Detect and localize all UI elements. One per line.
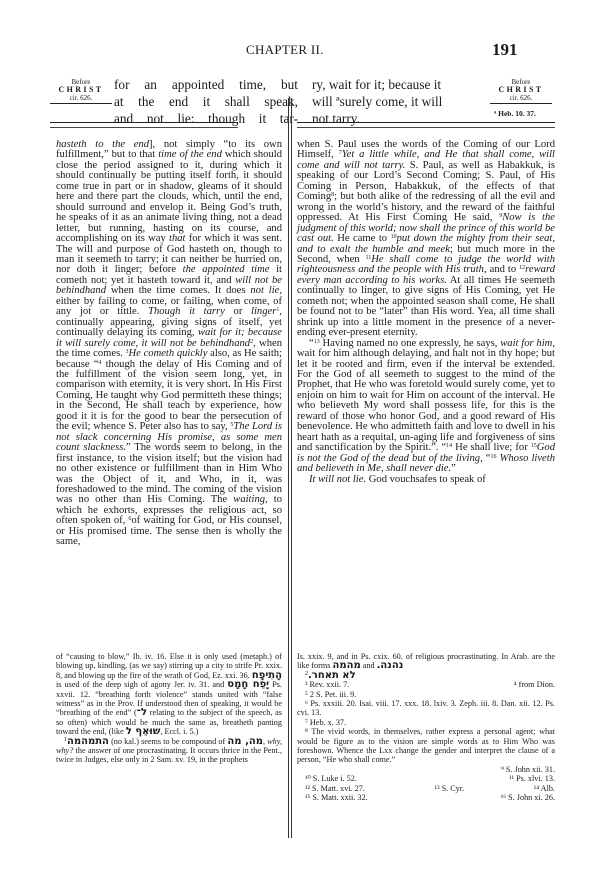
text: Having named no one expressly, he says,: [320, 338, 501, 349]
footnote: ¹⁴ Alb.: [534, 784, 555, 793]
section-rule-left: [50, 122, 238, 128]
text: (no kal.) seems to be compound of: [109, 737, 227, 746]
footnotes-right: Is. xxix. 9, and in Ps. cxix. 60. of rel…: [297, 652, 555, 803]
hebrew-text: שוּאֵף ל: [126, 726, 161, 737]
text: which should close the period assigned t…: [56, 149, 282, 244]
text: and: [361, 661, 377, 670]
hebrew-text: יָפֵח חָמָס: [227, 679, 269, 690]
footnote: 1התמהמה (no kal.) seems to be compound o…: [56, 737, 282, 765]
text: , wait for him although delaying, and ha…: [297, 338, 555, 454]
footnote-row: ¹⁵ S. Matt. xxii. 32. ¹⁶ S. John xi. 26.: [297, 793, 555, 802]
italic-text: the appointed time: [183, 264, 270, 275]
commentary-right-column: when S. Paul uses the words of the Comin…: [297, 140, 555, 485]
text: At all times He seemeth continually to l…: [297, 275, 555, 338]
italic-text: It will not lie.: [309, 474, 366, 485]
footnote: ⁷ Heb. x. 37.: [297, 718, 555, 727]
text: the answer of one procrastinating. It oc…: [56, 746, 282, 764]
hebrew-text: נהנה.: [377, 660, 404, 671]
footnote-row: ¹² S. Matt. xvi. 27. ¹³ S. Cyr. ¹⁴ Alb.: [297, 784, 555, 793]
footnote: ¹⁶ S. John xi. 26.: [501, 793, 555, 802]
commentary-left-column: hasteth to the end], not simply “to its …: [56, 140, 282, 548]
chapter-title: CHAPTER II.: [246, 42, 324, 58]
dating-cir: cir. 626.: [490, 94, 552, 104]
verse-text-left: for an appointed time, but at the end it…: [114, 76, 298, 127]
hebrew-text: התמהמה: [67, 736, 109, 747]
section-rule-right: [297, 122, 555, 128]
italic-text: linger: [251, 306, 276, 317]
text: God vouchsafes to speak of: [366, 474, 486, 485]
text: is used of the deep sigh of agony Jer. i…: [56, 680, 227, 689]
text: “: [483, 453, 491, 464]
hebrew-text: ל־: [137, 707, 147, 718]
footnote: ¹³ S. Cyr.: [435, 784, 464, 793]
column-divider: [288, 98, 292, 838]
italic-text: He cometh quickly: [129, 348, 208, 359]
verse-line: ry, wait for it; because it: [312, 76, 488, 93]
italic-text: waiting: [233, 494, 265, 505]
italic-text: Though it tarry: [148, 306, 225, 317]
footnote: ⁴ from Dion.: [514, 680, 555, 689]
footnote: Is. xxix. 9, and in Ps. cxix. 60. of rel…: [297, 652, 555, 671]
text: He shall live; for: [452, 442, 531, 453]
text: He came to: [334, 233, 391, 244]
dating-margin-right: Before CHRIST cir. 626.: [490, 78, 552, 104]
footnote: ⁶ Ps. xxxiii. 20. Isai. viii. 17. xxx. 1…: [297, 699, 555, 718]
italic-text: wait for him: [500, 338, 552, 349]
dating-christ: CHRIST: [490, 86, 552, 94]
verse-line: for an appointed time, but: [114, 76, 298, 93]
text: or: [225, 306, 251, 317]
footnote: ¹⁰ S. Luke i. 52.: [305, 774, 357, 783]
footnote: of “causing to blow,” Ib. iv. 16. Else i…: [56, 652, 282, 737]
dating-christ: CHRIST: [50, 86, 112, 94]
footnote: 2לא תאחר.: [297, 671, 555, 680]
dating-margin-left: Before CHRIST cir. 626.: [50, 78, 112, 104]
hebrew-text: לא תאחר.: [308, 670, 356, 681]
footnote: ¹¹ Ps. xlvi. 13.: [509, 774, 555, 783]
commentary-paragraph: “13 Having named no one expressly, he sa…: [297, 339, 555, 475]
footnote-row: ¹⁰ S. Luke i. 52. ¹¹ Ps. xlvi. 13.: [297, 774, 555, 783]
dating-cir: cir. 626.: [50, 94, 112, 104]
footnote: ¹⁵ S. Matt. xxii. 32.: [305, 793, 368, 802]
footnote: ⁸ The vivid words, in themselves, rather…: [297, 727, 555, 765]
footnote-row: ⁹ S. John xii. 31.: [297, 765, 555, 774]
footnotes-left: of “causing to blow,” Ib. iv. 16. Else i…: [56, 652, 282, 765]
text: and to: [487, 264, 520, 275]
italic-text: time of the end: [158, 149, 222, 160]
text: ”: [451, 463, 456, 474]
italic-text: hasteth to the end: [56, 139, 149, 150]
page-number: 191: [492, 40, 518, 60]
text: when the time comes. It does: [106, 285, 250, 296]
verse-line: at the end it shall speak,: [114, 93, 298, 110]
commentary-paragraph: It will not lie. God vouchsafes to speak…: [297, 475, 555, 485]
italic-text: not lie: [250, 285, 279, 296]
verse-text-right: ry, wait for it; because it will ªsurely…: [312, 76, 488, 127]
italic-text: that: [169, 233, 185, 244]
footnote: ¹² S. Matt. xvi. 27.: [305, 784, 365, 793]
footnote: ³ Rev. xxii. 7.: [305, 680, 349, 689]
book-page: CHAPTER II. 191 Before CHRIST cir. 626. …: [0, 0, 592, 881]
verse-band: Before CHRIST cir. 626. for an appointed…: [50, 72, 556, 122]
marginal-reference: ª Heb. 10. 37.: [494, 109, 536, 118]
running-head: CHAPTER II. 191: [0, 42, 592, 62]
verse-line: will ªsurely come, it will: [312, 93, 488, 110]
footnote: ⁹ S. John xii. 31.: [501, 765, 555, 774]
text: of “causing to blow,” Ib. iv. 16. Else i…: [56, 652, 282, 680]
commentary-paragraph: when S. Paul uses the words of the Comin…: [297, 140, 555, 339]
footnote-row: ³ Rev. xxii. 7. ⁴ from Dion.: [297, 680, 555, 689]
text: , Eccl. i. 5.): [160, 727, 198, 736]
hebrew-text: מה, מה: [227, 736, 263, 747]
footnote: ⁵ 2 S. Pet. iii. 9.: [297, 690, 555, 699]
commentary-paragraph: hasteth to the end], not simply “to its …: [56, 140, 282, 548]
